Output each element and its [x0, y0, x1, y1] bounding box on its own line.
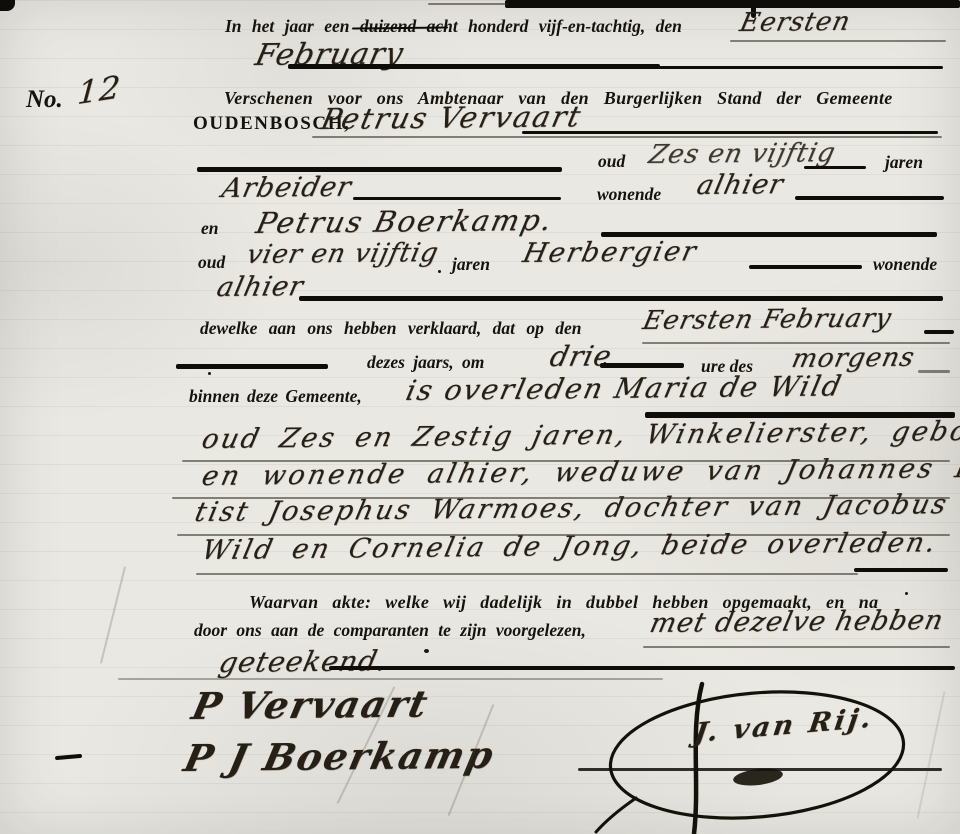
scan-top-bar	[505, 0, 960, 8]
hw-declarant1-occupation: Arbeider	[219, 172, 355, 204]
printed-age-label-1: oud	[598, 151, 625, 172]
act-number-value: 12	[76, 68, 122, 112]
fill-line-heavy	[288, 64, 660, 69]
hw-declarant2-occupation: Herbergier	[520, 236, 701, 269]
printed-residence-label-2: wonende	[873, 254, 937, 275]
fill-line-heavy	[600, 363, 684, 368]
fill-line	[655, 66, 943, 69]
scan-corner-mark	[0, 0, 15, 11]
act-number-label: No.	[26, 86, 63, 114]
fill-line	[643, 646, 950, 648]
fill-line	[312, 136, 942, 138]
death-certificate-scan: In het jaar een duizend acht honderd vij…	[0, 0, 960, 834]
hw-closing-2: geteekend.	[216, 644, 391, 679]
printed-years-label-2: jaren	[452, 254, 490, 275]
hw-deceased-details-4: Wild en Cornelia de Jong, beide overlede…	[199, 527, 941, 566]
ink-speck	[208, 372, 211, 375]
hw-deceased-details-3: tist Josephus Warmoes, dochter van Jacob…	[192, 489, 960, 528]
fill-line	[795, 196, 944, 200]
stray-dash	[55, 754, 82, 760]
fill-line	[854, 568, 948, 572]
hw-declarant2-age: vier en vijftig	[244, 238, 442, 270]
printed-place: binnen deze Gemeente,	[189, 386, 362, 407]
fill-line	[522, 131, 938, 134]
printed-conjunction: en	[201, 218, 219, 239]
hw-deceased-line: is overleden Maria de Wild	[403, 369, 846, 407]
fill-line	[749, 265, 862, 269]
scratch-line	[100, 566, 126, 664]
fill-line	[353, 197, 561, 200]
hw-declarant2-name: Petrus Boerkamp.	[253, 203, 557, 240]
hw-deceased-details-2: en wonende alhier, weduwe van Johannes B…	[199, 452, 960, 492]
fill-line	[918, 370, 950, 373]
fill-line	[730, 40, 946, 42]
printed-year-line: In het jaar een duizend acht honderd vij…	[225, 16, 682, 37]
hw-day-of-month: Eersten	[737, 7, 854, 38]
hw-hour: drie	[547, 339, 615, 373]
fill-line-heavy	[197, 167, 562, 172]
scan-top-bar-lead	[428, 3, 508, 5]
printed-residence-label-1: wonende	[597, 184, 661, 205]
fill-line	[196, 573, 858, 575]
fill-line	[924, 330, 954, 334]
printed-this-year: dezes jaars, om	[367, 352, 484, 373]
hw-deceased-details-1: oud Zes en Zestig jaren, Winkelierster, …	[199, 415, 960, 455]
printed-age-label-2: oud	[198, 252, 225, 273]
hw-death-date: Eersten February	[640, 303, 895, 336]
signature-declarant1: P Vervaart	[188, 682, 433, 728]
fill-line	[804, 166, 866, 169]
official-signature-flourish	[540, 676, 950, 834]
ink-speck	[438, 270, 441, 273]
printed-years-label-1: jaren	[885, 152, 923, 173]
ink-speck	[905, 592, 908, 595]
fill-line-heavy	[299, 296, 943, 301]
fill-line-heavy	[329, 666, 955, 670]
hw-declarant2-residence: alhier	[214, 271, 307, 303]
printed-closing-2: door ons aan de comparanten te zijn voor…	[194, 620, 586, 641]
hw-closing-1: met dezelve hebben	[647, 605, 947, 639]
signature-declarant2: P J Boerkamp	[180, 733, 499, 780]
printed-statement: dewelke aan ons hebben verklaard, dat op…	[200, 318, 582, 339]
ink-speck	[424, 649, 429, 653]
hw-declarant1-residence: alhier	[694, 169, 787, 201]
fill-line-heavy	[176, 364, 328, 369]
